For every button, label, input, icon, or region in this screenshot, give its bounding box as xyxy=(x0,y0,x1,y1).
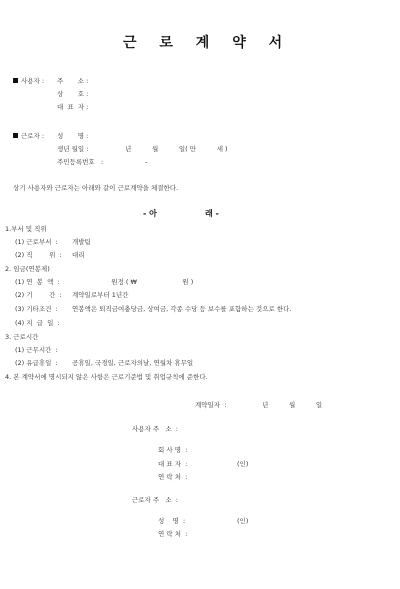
sig-employee-seal: (인) xyxy=(237,518,248,525)
section-1-item-1-label: (1) 근로부서 : xyxy=(15,239,58,246)
section-3-heading: 3. 근로시간 xyxy=(5,334,38,341)
section-1-item-2-value: 대리 xyxy=(72,252,85,259)
sig-employer-rep-label: 대 표 자 : xyxy=(158,461,187,468)
contract-date-value: 년 월 일 xyxy=(262,402,322,409)
section-1-item-2-label: (2) 직 위 : xyxy=(15,252,62,259)
section-2-item-2-label: (2) 기 간 : xyxy=(15,292,62,299)
section-3-item-1-label: (1) 근무시간 : xyxy=(15,347,58,354)
employer-address-label: 주 소 : xyxy=(57,78,88,85)
sig-employer-company-label: 회 사 명 : xyxy=(158,447,187,454)
sig-employee-name-label: 성 명 : xyxy=(158,518,185,525)
sig-employee-contact-label: 연 락 처 : xyxy=(158,531,187,538)
section-2-heading: 2. 임금(연봉제) xyxy=(5,266,50,273)
sig-employer-address-label: 사용자 주 소 : xyxy=(132,426,178,433)
section-2-item-2-value: 계약일로부터 1년간 xyxy=(72,292,128,299)
employer-company-label: 상 호 : xyxy=(57,91,88,98)
document-title: 근 로 계 약 서 xyxy=(123,36,291,50)
section-2-item-1-label: (1) 연 봉 액 : xyxy=(15,279,60,286)
section-2-item-1-value: 원정 ( ₩ 원 ) xyxy=(72,279,193,286)
employee-rrn-value: - xyxy=(145,159,147,166)
section-4-heading: 4. 본 계약서에 명시되지 않은 사항은 근로기준법 및 취업규칙에 준한다. xyxy=(5,374,208,381)
contract-date-label: 계약일자 : xyxy=(195,402,226,409)
section-3-item-2-value: 공휴일, 국경일, 근로자의날, 연월차 휴무일 xyxy=(72,360,193,367)
section-2-item-4-label: (4) 지 급 일 : xyxy=(15,320,60,327)
section-2-item-3-label: (3) 기타조건 : xyxy=(15,306,58,313)
intro-text: 상기 사용자와 근로자는 아래와 같이 근로계약을 체결한다. xyxy=(13,185,178,192)
section-heading-left: - 아 xyxy=(143,210,157,218)
section-2-item-3-value: 연봉액은 퇴직금여충당금, 상여금, 각종 수당 등 보수를 포함하는 것으로 … xyxy=(72,306,291,313)
employer-label: 사용자 : xyxy=(13,78,44,85)
section-heading-right: 래 - xyxy=(205,210,219,218)
bullet-square-icon xyxy=(13,133,18,138)
sig-employee-address-label: 근로자 주 소 : xyxy=(132,497,178,504)
section-1-item-1-value: 개발팀 xyxy=(72,239,91,246)
section-3-item-2-label: (2) 유급휴일 : xyxy=(15,360,58,367)
sig-employer-seal: (인) xyxy=(237,461,248,468)
section-1-heading: 1.부서 및 직위 xyxy=(5,226,47,233)
bullet-square-icon xyxy=(13,78,18,83)
sig-employer-contact-label: 연 락 처 : xyxy=(158,474,187,481)
employee-label: 근로자 : xyxy=(13,133,44,140)
employee-rrn-label: 주민등록번호 : xyxy=(57,159,103,166)
employee-name-label: 성 명 : xyxy=(57,133,88,140)
employee-birth-value: 년 월 일( 만 세 ) xyxy=(125,146,228,153)
employer-rep-label: 대 표 자 : xyxy=(57,104,88,111)
employee-birth-label: 생년 월일 : xyxy=(57,146,88,153)
